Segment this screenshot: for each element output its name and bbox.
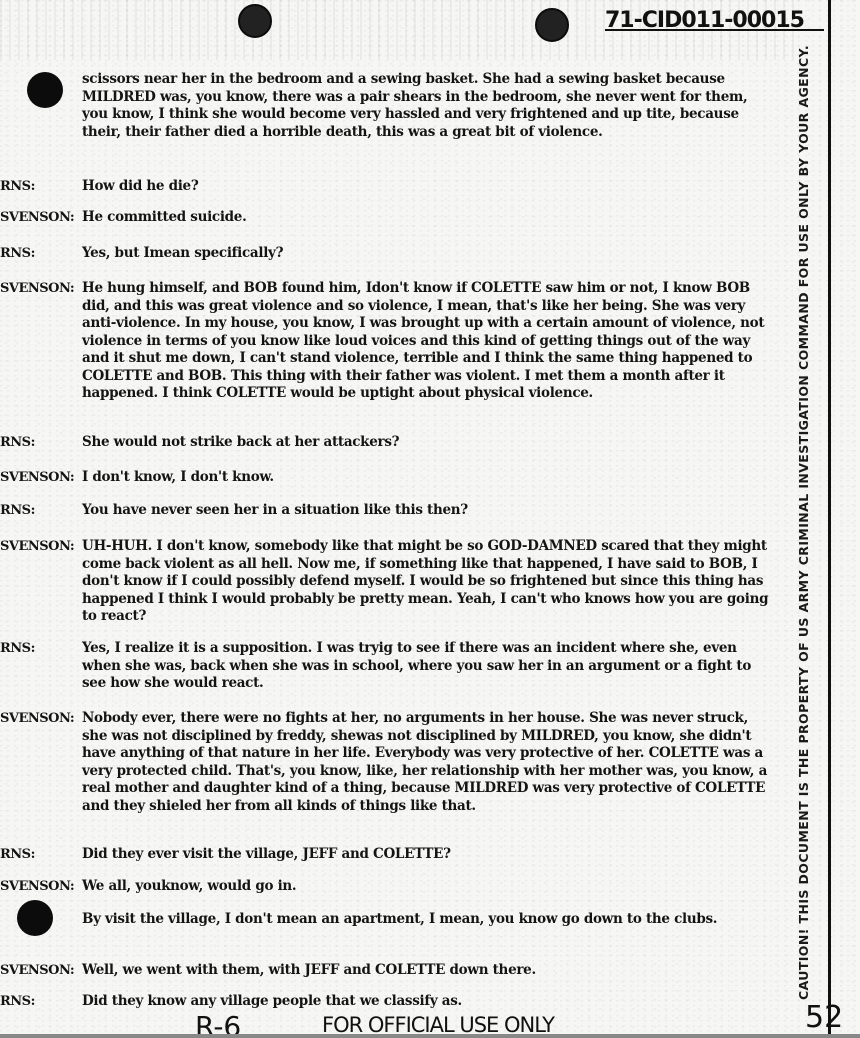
speech-text: I don't know, I don't know.	[82, 469, 772, 487]
speech-text: We all, youknow, would go in.	[82, 878, 772, 896]
speaker-label: SVENSON:	[0, 710, 80, 728]
speaker-label: RNS:	[0, 640, 80, 658]
speech-text: He committed suicide.	[82, 209, 772, 227]
speaker-label: RNS:	[0, 178, 80, 196]
speaker-label: RNS:	[0, 434, 80, 452]
speaker-label: RNS:	[0, 245, 80, 263]
speech-text: Yes, I realize it is a supposition. I wa…	[82, 640, 772, 693]
speaker-label: SVENSON:	[0, 280, 80, 298]
speech-text: Yes, but Imean specifically?	[82, 245, 772, 263]
speaker-label: SVENSON:	[0, 538, 80, 556]
scan-edge	[0, 1034, 860, 1038]
document-page: 71-CID011-00015 CAUTION! THIS DOCUMENT I…	[0, 0, 860, 1038]
punch-hole-icon	[535, 8, 569, 42]
speech-text: Did they know any village people that we…	[82, 993, 772, 1011]
speaker-label: RNS:	[0, 846, 80, 864]
speaker-label: SVENSON:	[0, 878, 80, 896]
punch-hole-icon	[27, 72, 63, 108]
speech-text: Nobody ever, there were no fights at her…	[82, 710, 772, 815]
speaker-label: SVENSON:	[0, 209, 80, 227]
speech-text: She would not strike back at her attacke…	[82, 434, 772, 452]
speech-text: Did they ever visit the village, JEFF an…	[82, 846, 772, 864]
speech-text: UH-HUH. I don't know, somebody like that…	[82, 538, 772, 626]
speech-text: How did he die?	[82, 178, 772, 196]
speaker-label: RNS:	[0, 502, 80, 520]
speaker-label: SVENSON:	[0, 962, 80, 980]
document-id: 71-CID011-00015	[605, 8, 804, 33]
speaker-label: RNS:	[0, 993, 80, 1011]
speech-text: scissors near her in the bedroom and a s…	[82, 71, 772, 141]
punch-hole-icon	[17, 900, 53, 936]
speaker-label: SVENSON:	[0, 469, 80, 487]
margin-notice: CAUTION! THIS DOCUMENT IS THE PROPERTY O…	[796, 50, 811, 1000]
speech-text: You have never seen her in a situation l…	[82, 502, 772, 520]
punch-hole-icon	[238, 4, 272, 38]
margin-rule	[828, 0, 831, 1038]
speech-text: By visit the village, I don't mean an ap…	[82, 911, 772, 929]
page-number: 52	[805, 1000, 843, 1035]
speech-text: Well, we went with them, with JEFF and C…	[82, 962, 772, 980]
speech-text: He hung himself, and BOB found him, Idon…	[82, 280, 772, 403]
